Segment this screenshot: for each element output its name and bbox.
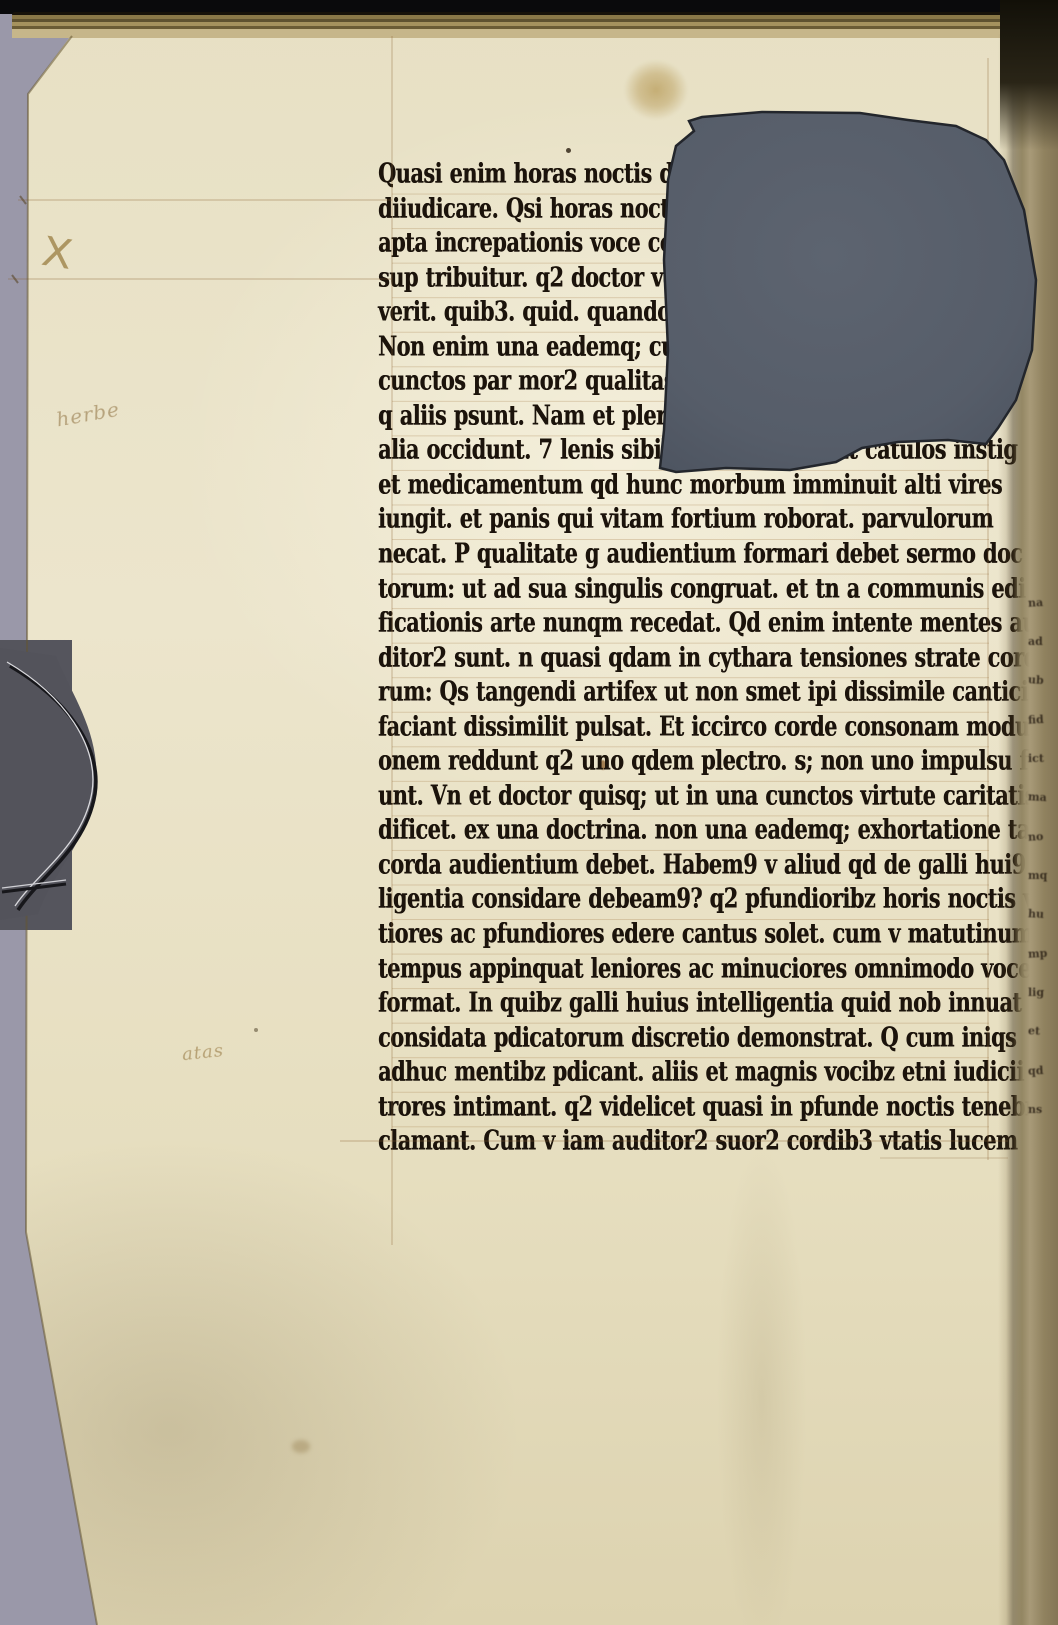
book-top-edge bbox=[12, 12, 1046, 38]
manuscript-line: iungit. et panis qui vitam fortium robor… bbox=[378, 502, 890, 538]
fore-edge-fragment: mp bbox=[1028, 946, 1058, 961]
prick-marks bbox=[12, 196, 26, 283]
backdrop-dark-region bbox=[0, 640, 72, 930]
fore-edge-fragment: mq bbox=[1028, 869, 1058, 882]
manuscript-line: Quasi enim horas noctis dis bbox=[378, 156, 890, 192]
manuscript-line: adhuc mentibz pdicant. aliis et magnis v… bbox=[378, 1055, 890, 1091]
manuscript-line: necat. P qualitate g audientium formari … bbox=[378, 536, 890, 572]
fore-edge-fragment: no bbox=[1028, 829, 1058, 844]
manuscript-line: faciant dissimilit pulsat. Et iccirco co… bbox=[378, 709, 890, 745]
manuscript-line: ligentia considare debeam9? q2 pfundiori… bbox=[378, 882, 890, 918]
manuscript-line: onem reddunt q2 uno qdem plectro. s; non… bbox=[378, 744, 890, 780]
manuscript-line: tiores ac pfundiores edere cantus solet.… bbox=[378, 916, 890, 952]
manuscript-line: rum: Qs tangendi artifex ut non smet ipi… bbox=[378, 675, 890, 711]
fore-edge-fragment: fid bbox=[1028, 712, 1058, 727]
fore-edge-shadow bbox=[1000, 0, 1058, 150]
manuscript-line: torum: ut ad sua singulis congruat. et t… bbox=[378, 571, 890, 607]
manuscript-line: verit. quib3. quid. quando v bbox=[378, 294, 890, 330]
ink-stain bbox=[624, 60, 688, 120]
manuscript-line: tempus appinquat leniores ac minuciores … bbox=[378, 951, 890, 987]
manuscript-line: sup tribuitur. q2 doctor verr bbox=[378, 260, 890, 296]
manuscript-line: ditor2 sunt. n quasi qdam in cythara ten… bbox=[378, 640, 890, 676]
manuscript-line: format. In quibz galli huius intelligent… bbox=[378, 985, 890, 1021]
manuscript-line: clamant. Cum v iam auditor2 suor2 cordib… bbox=[378, 1124, 890, 1160]
manuscript-line: q aliis psunt. Nam et plerum bbox=[378, 398, 890, 434]
fore-edge-fragment: ns bbox=[1028, 1103, 1058, 1116]
fore-edge-fragment: qd bbox=[1028, 1063, 1058, 1078]
speck bbox=[566, 148, 571, 153]
fore-edge-fragment: et bbox=[1028, 1024, 1058, 1039]
manuscript-line: unt. Vn et doctor quisq; ut in una cunct… bbox=[378, 778, 890, 814]
fore-edge-fragment: ma bbox=[1028, 790, 1058, 805]
margin-note-atas: atas bbox=[181, 1040, 225, 1065]
fore-edge-fragment: ad bbox=[1028, 635, 1058, 648]
text-column: Quasi enim horas noctis disdiiudicare. Q… bbox=[378, 157, 1018, 1159]
manuscript-line: et medicamentum qd hunc morbum imminuit … bbox=[378, 467, 890, 503]
speck bbox=[254, 1028, 258, 1032]
fore-edge-fragment: lig bbox=[1028, 986, 1058, 999]
manuscript-line: Non enim una eademq; cunct bbox=[378, 329, 890, 365]
manuscript-line: cunctos par mor2 qualitas ast bbox=[378, 364, 890, 400]
fore-edge-fragment: ict bbox=[1028, 752, 1058, 765]
manuscript-line: diiudicare. Qsi horas noctis bbox=[378, 191, 890, 227]
fore-edge-fragment: hu bbox=[1028, 907, 1058, 922]
manuscript-line: dificet. ex una doctrina. non una eademq… bbox=[378, 813, 890, 849]
fore-edge-fragment: ub bbox=[1028, 673, 1058, 688]
manuscript-line: ficationis arte nunqm recedat. Qd enim i… bbox=[378, 605, 890, 641]
manuscript-line: considata pdicatorum discretio demonstra… bbox=[378, 1020, 890, 1056]
manuscript-line: apta increpationis voce corr bbox=[378, 225, 890, 261]
manuscript-line: alia occidunt. 7 lenis sibilus equos mit… bbox=[378, 433, 890, 469]
fore-edge-fragment: na bbox=[1028, 595, 1058, 610]
manuscript-line: trores intimant. q2 videlicet quasi in p… bbox=[378, 1089, 890, 1125]
speck bbox=[292, 1440, 310, 1453]
manuscript-line: corda audientium debet. Habem9 v aliud q… bbox=[378, 847, 890, 883]
